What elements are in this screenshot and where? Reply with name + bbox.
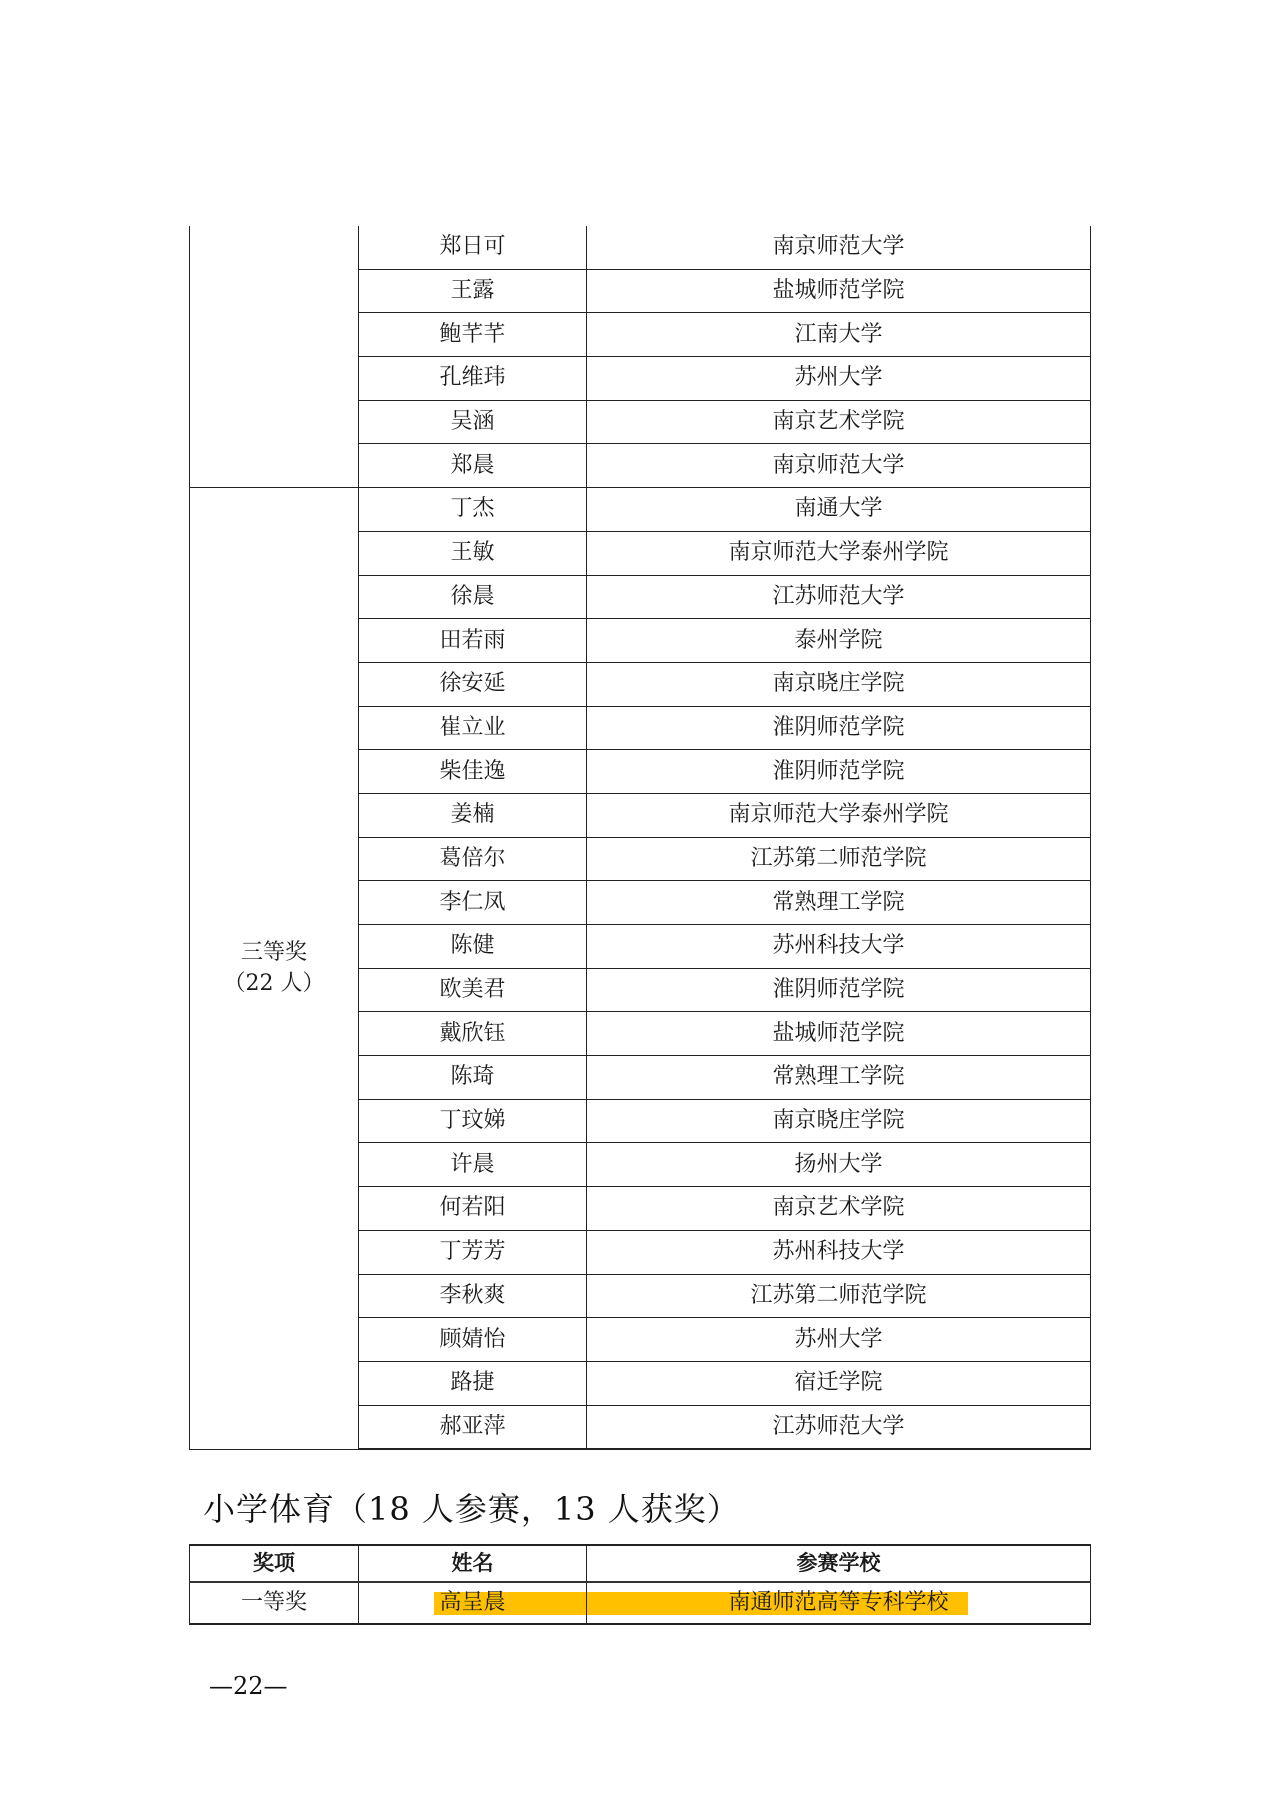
school-cell-highlighted: 南通师范高等专科学校 bbox=[587, 1582, 1091, 1624]
section-heading-primary-pe: 小学体育（18 人参赛，13 人获奖） bbox=[203, 1484, 740, 1530]
school-cell: 淮阴师范学院 bbox=[587, 968, 1091, 1012]
name-cell: 丁杰 bbox=[359, 488, 587, 532]
school-cell: 苏州大学 bbox=[587, 1318, 1091, 1362]
document-page: 郑日可 南京师范大学 王露 盐城师范学院 鲍芊芊 江南大学 孔维玮 苏州大学 吴… bbox=[0, 0, 1280, 1811]
school-cell: 江南大学 bbox=[587, 313, 1091, 357]
name-cell: 王露 bbox=[359, 269, 587, 313]
name-cell: 葛倍尔 bbox=[359, 837, 587, 881]
name-text: 高呈晨 bbox=[439, 1590, 505, 1615]
school-cell: 盐城师范学院 bbox=[587, 1012, 1091, 1056]
school-cell: 江苏第二师范学院 bbox=[587, 1274, 1091, 1318]
name-cell: 欧美君 bbox=[359, 968, 587, 1012]
name-cell: 许晨 bbox=[359, 1143, 587, 1187]
school-cell: 苏州科技大学 bbox=[587, 925, 1091, 969]
table-row: 郑日可 南京师范大学 bbox=[190, 226, 1091, 269]
name-cell: 郑晨 bbox=[359, 444, 587, 488]
name-cell-highlighted: 高呈晨 bbox=[359, 1582, 587, 1624]
prize-count: （22 人） bbox=[190, 968, 358, 1000]
column-header-name: 姓名 bbox=[359, 1545, 587, 1582]
school-cell: 江苏师范大学 bbox=[587, 1405, 1091, 1449]
school-cell: 苏州科技大学 bbox=[587, 1230, 1091, 1274]
name-cell: 陈琦 bbox=[359, 1056, 587, 1100]
name-cell: 路捷 bbox=[359, 1361, 587, 1405]
school-cell: 常熟理工学院 bbox=[587, 1056, 1091, 1100]
school-cell: 泰州学院 bbox=[587, 619, 1091, 663]
school-cell: 南京晓庄学院 bbox=[587, 1099, 1091, 1143]
school-cell: 江苏师范大学 bbox=[587, 575, 1091, 619]
name-cell: 孔维玮 bbox=[359, 357, 587, 401]
school-text: 南通师范高等专科学校 bbox=[728, 1590, 948, 1615]
table-header-row: 奖项 姓名 参赛学校 bbox=[190, 1545, 1091, 1582]
name-cell: 郑日可 bbox=[359, 226, 587, 269]
name-cell: 吴涵 bbox=[359, 400, 587, 444]
school-cell: 南京师范大学泰州学院 bbox=[587, 531, 1091, 575]
name-cell: 李仁凤 bbox=[359, 881, 587, 925]
school-cell: 宿迁学院 bbox=[587, 1361, 1091, 1405]
school-cell: 南京艺术学院 bbox=[587, 400, 1091, 444]
name-cell: 丁芳芳 bbox=[359, 1230, 587, 1274]
name-cell: 姜楠 bbox=[359, 793, 587, 837]
school-cell: 南京师范大学 bbox=[587, 444, 1091, 488]
column-header-prize: 奖项 bbox=[190, 1545, 359, 1582]
name-cell: 柴佳逸 bbox=[359, 750, 587, 794]
prize-cell: 一等奖 bbox=[190, 1582, 359, 1624]
school-cell: 苏州大学 bbox=[587, 357, 1091, 401]
school-cell: 南京晓庄学院 bbox=[587, 662, 1091, 706]
name-cell: 徐安延 bbox=[359, 662, 587, 706]
name-cell: 鲍芊芊 bbox=[359, 313, 587, 357]
school-cell: 淮阴师范学院 bbox=[587, 750, 1091, 794]
name-cell: 何若阳 bbox=[359, 1187, 587, 1231]
prize-label: 三等奖 bbox=[190, 937, 358, 969]
name-cell: 陈健 bbox=[359, 925, 587, 969]
school-cell: 淮阴师范学院 bbox=[587, 706, 1091, 750]
school-cell: 盐城师范学院 bbox=[587, 269, 1091, 313]
name-cell: 戴欣钰 bbox=[359, 1012, 587, 1056]
name-cell: 丁玟娣 bbox=[359, 1099, 587, 1143]
school-cell: 常熟理工学院 bbox=[587, 881, 1091, 925]
name-cell: 顾婧怡 bbox=[359, 1318, 587, 1362]
school-cell: 南京师范大学泰州学院 bbox=[587, 793, 1091, 837]
column-header-school: 参赛学校 bbox=[587, 1545, 1091, 1582]
school-cell: 扬州大学 bbox=[587, 1143, 1091, 1187]
primary-pe-award-table: 奖项 姓名 参赛学校 一等奖 高呈晨 南通师范高等专科学校 bbox=[189, 1544, 1091, 1625]
name-cell: 徐晨 bbox=[359, 575, 587, 619]
school-cell: 江苏第二师范学院 bbox=[587, 837, 1091, 881]
prize-cell-continued bbox=[190, 226, 359, 488]
school-cell: 南通大学 bbox=[587, 488, 1091, 532]
name-cell: 崔立业 bbox=[359, 706, 587, 750]
prize-cell-third: 三等奖 （22 人） bbox=[190, 488, 359, 1450]
page-number: —22— bbox=[209, 1672, 288, 1700]
name-cell: 田若雨 bbox=[359, 619, 587, 663]
award-list-table: 郑日可 南京师范大学 王露 盐城师范学院 鲍芊芊 江南大学 孔维玮 苏州大学 吴… bbox=[189, 226, 1091, 1450]
table-row: 一等奖 高呈晨 南通师范高等专科学校 bbox=[190, 1582, 1091, 1624]
school-cell: 南京艺术学院 bbox=[587, 1187, 1091, 1231]
school-cell: 南京师范大学 bbox=[587, 226, 1091, 269]
name-cell: 郝亚萍 bbox=[359, 1405, 587, 1449]
name-cell: 王敏 bbox=[359, 531, 587, 575]
table-row: 三等奖 （22 人） 丁杰 南通大学 bbox=[190, 488, 1091, 532]
name-cell: 李秋爽 bbox=[359, 1274, 587, 1318]
